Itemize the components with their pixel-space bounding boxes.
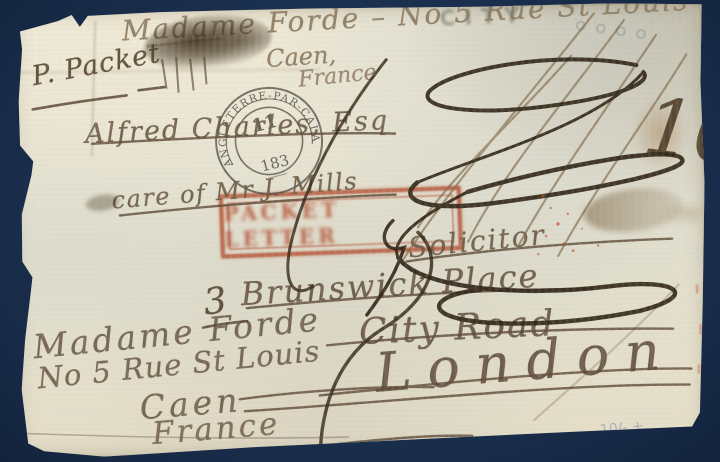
- edge-smear: [652, 200, 720, 227]
- brown-smear: [582, 184, 686, 237]
- photo-of-postal-cover: CITY PACKET LETTER ANGLETERRE-PAR-CALAIS…: [0, 0, 720, 462]
- pencil-dealer-notation: 10/- +: [599, 418, 644, 439]
- faint-stamp-dots: [577, 21, 645, 39]
- folded-letter-sheet: CITY PACKET LETTER ANGLETERRE-PAR-CALAIS…: [10, 2, 709, 459]
- rate-mark-ten: 10: [639, 81, 720, 183]
- original-addressee-name: Alfred Charles, Esq: [84, 105, 390, 150]
- redirect-address-line1: Madame Forde – No 5 Rue St Louis: [121, 0, 690, 47]
